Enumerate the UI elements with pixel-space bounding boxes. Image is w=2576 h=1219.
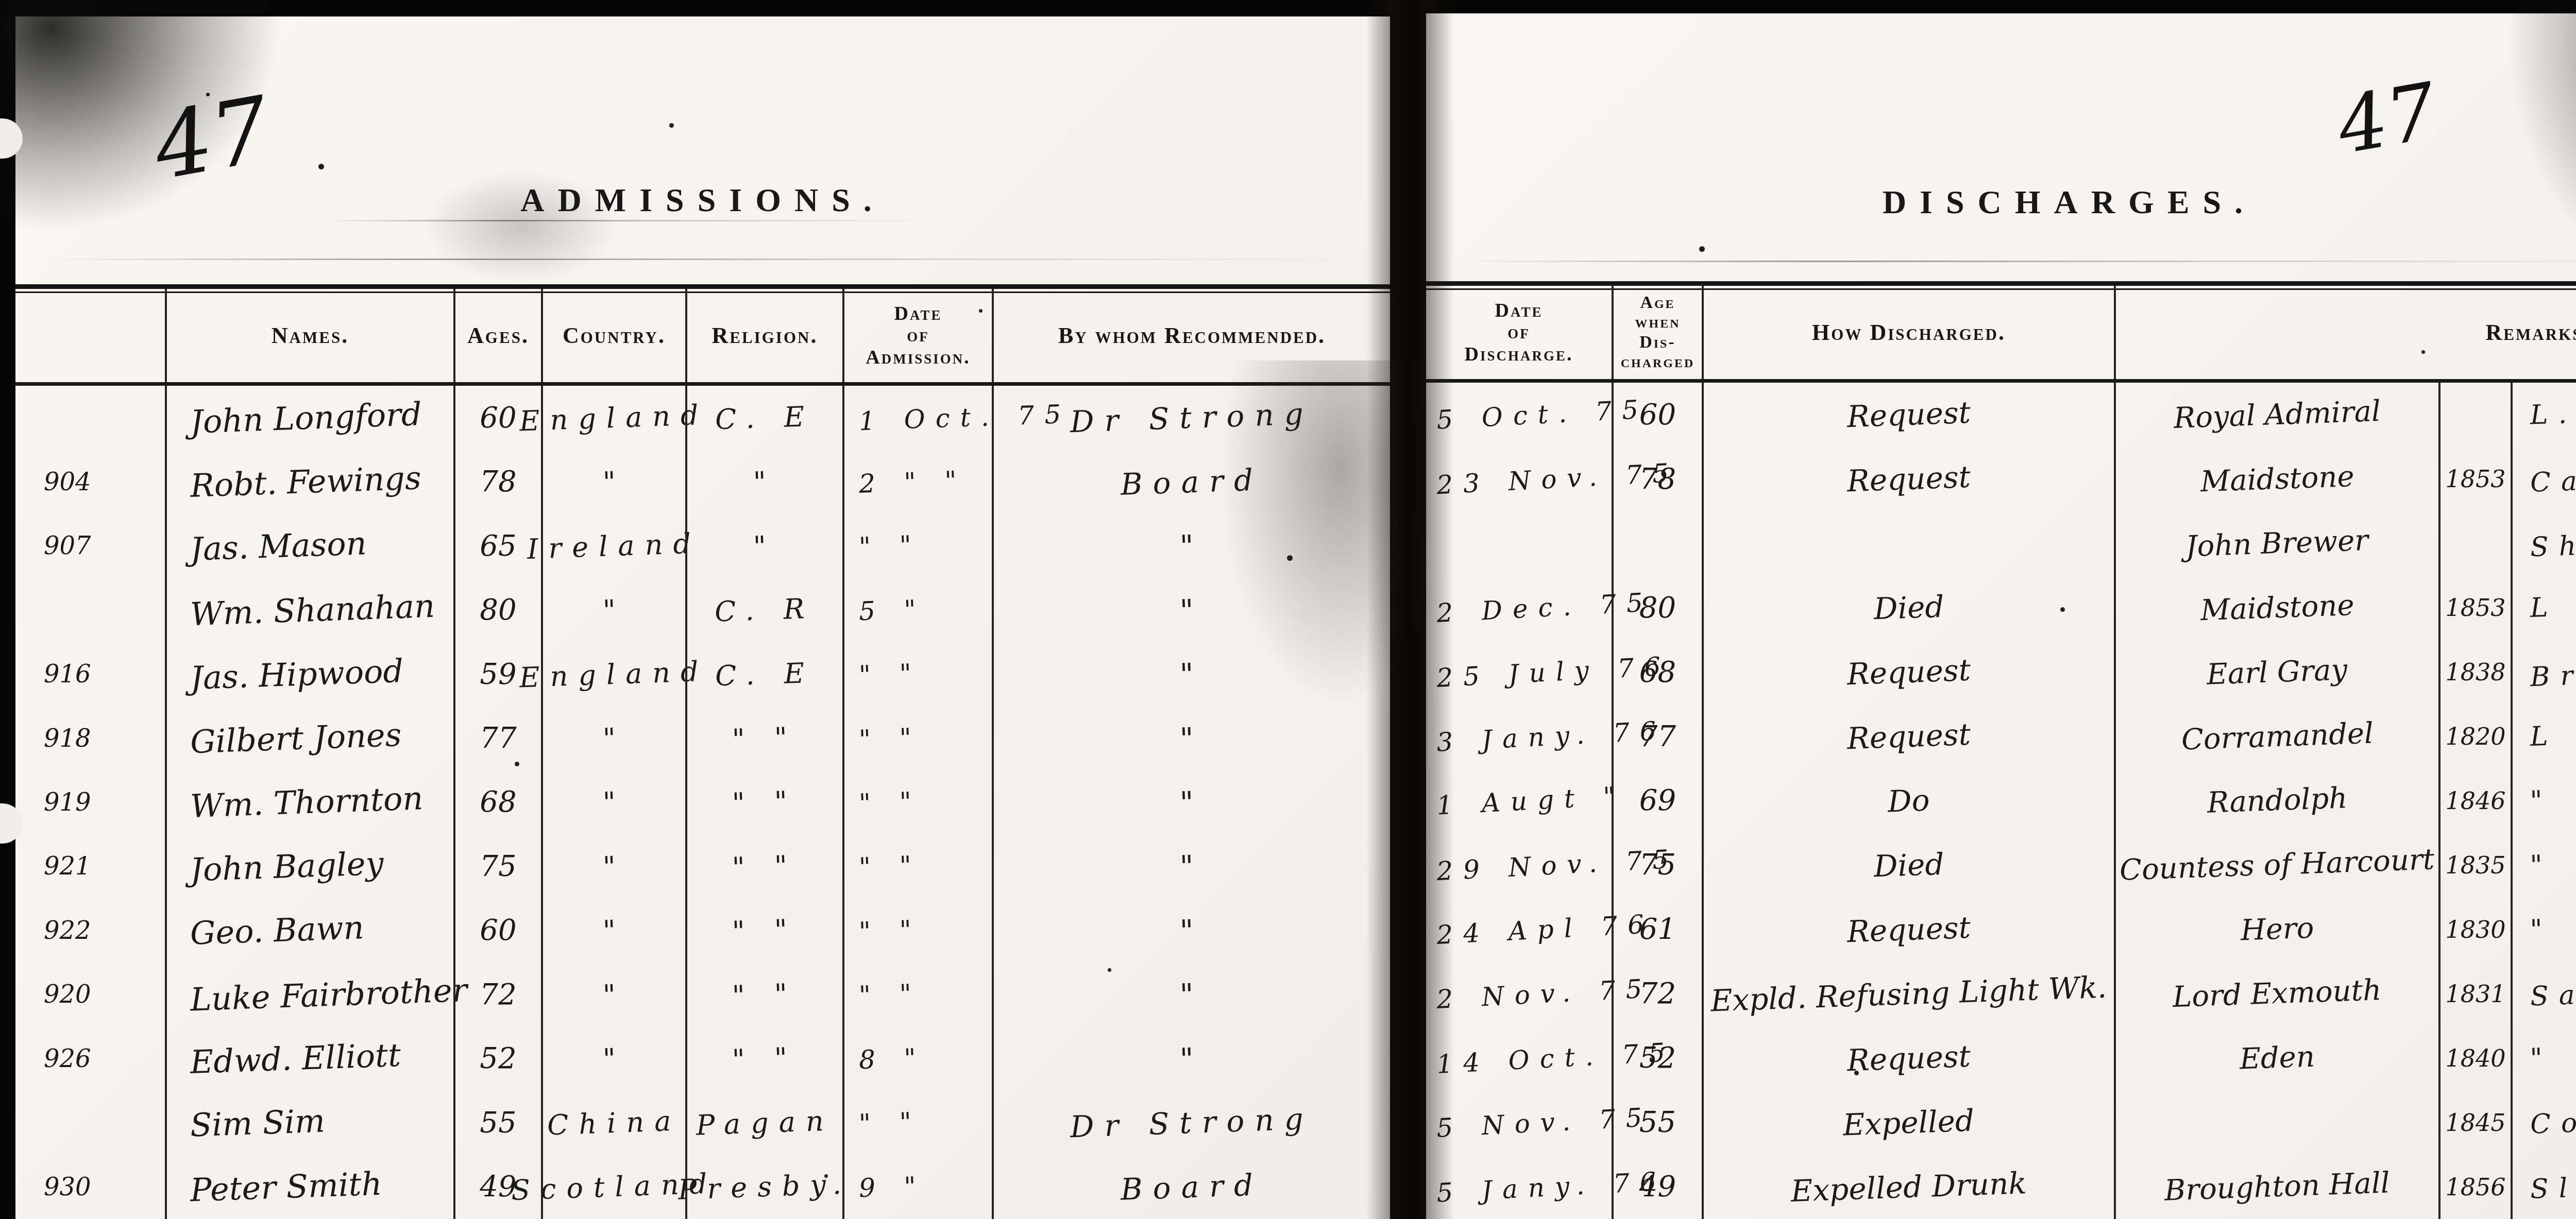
cell-by-whom-recommended: Dr Strong bbox=[992, 1091, 1390, 1155]
cell-religion: Presby. bbox=[685, 1155, 842, 1219]
cell-age: 52 bbox=[453, 1027, 541, 1091]
discharges-table-row: John Brewer Shoemaker bbox=[1426, 511, 2576, 576]
cell-name: Jas. Mason bbox=[165, 514, 453, 578]
admissions-title: ADMISSIONS. bbox=[15, 181, 1390, 219]
admissions-table-row: 922 Geo. Bawn 60 " " " " " " bbox=[15, 899, 1390, 963]
cell-country: " bbox=[541, 770, 685, 834]
column-header-remarks: Remarks. bbox=[2114, 286, 2576, 379]
cell-remarks-ship: Countess of Harcourt bbox=[2114, 833, 2438, 897]
cell-age-when-discharged: 49 bbox=[1612, 1155, 1702, 1219]
admissions-table-row: 921 John Bagley 75 " " " " " " bbox=[15, 834, 1390, 898]
cell-how-discharged: Died bbox=[1702, 833, 2114, 897]
cell-register-number: 907 bbox=[15, 514, 165, 578]
cell-how-discharged: Request bbox=[1702, 447, 2114, 511]
cell-register-number: 930 bbox=[15, 1155, 165, 1219]
book-gutter-shadow bbox=[1366, 0, 1454, 1219]
cell-remarks-occupation: " bbox=[2511, 897, 2576, 962]
cell-remarks-ship: Royal Admiral bbox=[2114, 383, 2438, 447]
cell-remarks-year: 1830 bbox=[2438, 897, 2511, 962]
discharges-table-row: 14 Oct. 75 52 Request Eden 1840 " bbox=[1426, 1026, 2576, 1090]
cell-remarks-year: 1820 bbox=[2438, 705, 2511, 769]
handwritten-page-number: 47 bbox=[147, 84, 276, 193]
admissions-table-row: 919 Wm. Thornton 68 " " " " " " bbox=[15, 770, 1390, 834]
cell-remarks-occupation: Cook bbox=[2511, 1090, 2576, 1155]
cell-how-discharged: Request bbox=[1702, 1026, 2114, 1090]
discharges-table-row: 24 Apl 76 61 Request Hero 1830 " bbox=[1426, 897, 2576, 962]
cell-age-when-discharged: 61 bbox=[1612, 897, 1702, 962]
cell-name: Geo. Bawn bbox=[165, 899, 453, 963]
cell-religion: " " bbox=[685, 1027, 842, 1091]
cell-how-discharged: Request bbox=[1702, 705, 2114, 769]
discharges-table-row: 3 Jany. 76 77 Request Corramandel 1820 L bbox=[1426, 705, 2576, 769]
cell-remarks-year: 1853 bbox=[2438, 576, 2511, 640]
cell-remarks-year: 1831 bbox=[2438, 962, 2511, 1026]
cell-date-of-discharge bbox=[1426, 511, 1612, 576]
cell-how-discharged: Request bbox=[1702, 383, 2114, 447]
cell-remarks-occupation: Brassfounder bbox=[2511, 640, 2576, 705]
cell-remarks-occupation: Sawyer bbox=[2511, 962, 2576, 1026]
cell-age-when-discharged: 69 bbox=[1612, 769, 1702, 833]
cell-remarks-ship bbox=[2114, 1090, 2438, 1155]
cell-remarks-year bbox=[2438, 511, 2511, 576]
cell-religion: " " bbox=[685, 706, 842, 770]
admissions-table-row: 907 Jas. Mason 65 Ireland " " " " bbox=[15, 514, 1390, 578]
cell-remarks-year: 1846 bbox=[2438, 769, 2511, 833]
cell-age-when-discharged: 52 bbox=[1612, 1026, 1702, 1090]
cell-by-whom-recommended: " bbox=[992, 514, 1390, 578]
cell-how-discharged: Do bbox=[1702, 769, 2114, 833]
cell-age-when-discharged: 78 bbox=[1612, 447, 1702, 511]
discharges-table-row: 1 Augt " 69 Do Randolph 1846 " bbox=[1426, 769, 2576, 833]
cell-date-of-admission: " " bbox=[842, 706, 992, 770]
cell-date-of-admission: " " bbox=[842, 1091, 992, 1155]
cell-how-discharged: Expelled bbox=[1702, 1090, 2114, 1155]
discharges-table-row: 5 Jany. 76 49 Expelled Drunk Broughton H… bbox=[1426, 1155, 2576, 1219]
cell-age: 75 bbox=[453, 834, 541, 898]
admissions-table-row: John Longford 60 England C. E 1 Oct. 75 … bbox=[15, 386, 1390, 450]
discharges-header-row: Date of Discharge. Age when Dis- charged… bbox=[1426, 286, 2576, 383]
admissions-table-row: 926 Edwd. Elliott 52 " " " 8 " " bbox=[15, 1027, 1390, 1091]
discharges-table-row: 2 Dec. 75 80 Died Maidstone 1853 L bbox=[1426, 576, 2576, 640]
cell-remarks-occupation: L. bbox=[2511, 383, 2576, 447]
column-header-date-of-admission: Date of Admission. bbox=[842, 289, 992, 382]
cell-religion: " bbox=[685, 514, 842, 578]
scratch-line bbox=[46, 259, 1359, 260]
cell-date-of-discharge: 23 Nov. 75 bbox=[1426, 447, 1612, 511]
cell-name: Edwd. Elliott bbox=[165, 1027, 453, 1091]
discharges-table-row: 25 July 76 68 Request Earl Gray 1838 Bra… bbox=[1426, 640, 2576, 705]
cell-remarks-year: 1838 bbox=[2438, 640, 2511, 705]
discharges-table-row: 29 Nov. 75 75 Died Countess of Harcourt … bbox=[1426, 833, 2576, 897]
admissions-table-row: 930 Peter Smith 49 Scotland Presby. 9 " … bbox=[15, 1155, 1390, 1219]
cell-age-when-discharged: 60 bbox=[1612, 383, 1702, 447]
cell-remarks-ship: Maidstone bbox=[2114, 576, 2438, 640]
cell-religion: " " bbox=[685, 899, 842, 963]
cell-remarks-occupation: L bbox=[2511, 576, 2576, 640]
cell-remarks-occupation: " bbox=[2511, 833, 2576, 897]
cell-remarks-year: 1835 bbox=[2438, 833, 2511, 897]
cell-date-of-discharge: 24 Apl 76 bbox=[1426, 897, 1612, 962]
admissions-table: Names. Ages. Country. Religion. Date of … bbox=[15, 284, 1390, 1219]
cell-age: 80 bbox=[453, 578, 541, 642]
column-header-by-whom-recommended: By whom Recommended. bbox=[992, 289, 1390, 382]
cell-how-discharged: Died bbox=[1702, 576, 2114, 640]
cell-age-when-discharged: 55 bbox=[1612, 1090, 1702, 1155]
cell-religion: " " bbox=[685, 963, 842, 1026]
cell-date-of-discharge: 5 Jany. 76 bbox=[1426, 1155, 1612, 1219]
cell-country: England bbox=[541, 642, 685, 706]
cell-register-number: 921 bbox=[15, 834, 165, 898]
cell-date-of-admission: " " bbox=[842, 642, 992, 706]
cell-remarks-ship: Lord Exmouth bbox=[2114, 962, 2438, 1026]
cell-by-whom-recommended: " bbox=[992, 642, 1390, 706]
cell-country: Scotland bbox=[541, 1155, 685, 1219]
cell-age: 60 bbox=[453, 899, 541, 963]
cell-age-when-discharged bbox=[1612, 511, 1702, 576]
cell-register-number: 919 bbox=[15, 770, 165, 834]
admissions-page: 47 ADMISSIONS. Names. Ages. Country. Rel… bbox=[15, 16, 1390, 1219]
cell-register-number: 918 bbox=[15, 706, 165, 770]
cell-remarks-ship: Randolph bbox=[2114, 769, 2438, 833]
cell-date-of-admission: " " bbox=[842, 899, 992, 963]
cell-remarks-ship: Earl Gray bbox=[2114, 640, 2438, 705]
cell-how-discharged: Request bbox=[1702, 897, 2114, 962]
discharges-table-row: 2 Nov. 75 72 Expld. Refusing Light Wk. L… bbox=[1426, 962, 2576, 1026]
cell-age: 77 bbox=[453, 706, 541, 770]
cell-age-when-discharged: 72 bbox=[1612, 962, 1702, 1026]
cell-country: Ireland bbox=[541, 514, 685, 578]
cell-date-of-discharge: 2 Nov. 75 bbox=[1426, 962, 1612, 1026]
cell-date-of-admission: 2 " " bbox=[842, 450, 992, 513]
cell-remarks-occupation: Shoemaker bbox=[2511, 511, 2576, 576]
cell-name: Gilbert Jones bbox=[165, 706, 453, 770]
cell-date-of-admission: " " bbox=[842, 770, 992, 834]
scratch-line bbox=[325, 220, 926, 221]
cell-remarks-year bbox=[2438, 383, 2511, 447]
cell-country: England bbox=[541, 386, 685, 450]
cell-how-discharged: Request bbox=[1702, 640, 2114, 705]
column-header-names: Names. bbox=[165, 289, 453, 382]
scratch-line bbox=[1457, 261, 2576, 262]
cell-country: " bbox=[541, 706, 685, 770]
admissions-table-row: 920 Luke Fairbrother 72 " " " " " " bbox=[15, 963, 1390, 1026]
cell-how-discharged bbox=[1702, 511, 2114, 576]
cell-register-number: 916 bbox=[15, 642, 165, 706]
cell-age: 68 bbox=[453, 770, 541, 834]
cell-how-discharged: Expld. Refusing Light Wk. bbox=[1702, 962, 2114, 1026]
cell-religion: C. R bbox=[685, 578, 842, 642]
discharges-table-row: 5 Oct. 75 60 Request Royal Admiral L. bbox=[1426, 383, 2576, 447]
cell-remarks-year: 1856 bbox=[2438, 1155, 2511, 1219]
handwritten-page-number: 47 bbox=[2332, 73, 2442, 166]
admissions-table-row: 916 Jas. Hipwood 59 England C. E " " " bbox=[15, 642, 1390, 706]
cell-age-when-discharged: 75 bbox=[1612, 833, 1702, 897]
cell-name: Wm. Thornton bbox=[165, 770, 453, 834]
cell-name: Robt. Fewings bbox=[165, 450, 453, 513]
cell-name: Wm. Shanahan bbox=[165, 578, 453, 642]
cell-religion: Pagan bbox=[685, 1091, 842, 1155]
cell-country: " bbox=[541, 834, 685, 898]
cell-age-when-discharged: 77 bbox=[1612, 705, 1702, 769]
cell-register-number bbox=[15, 386, 165, 450]
cell-by-whom-recommended: " bbox=[992, 1027, 1390, 1091]
cell-remarks-year: 1853 bbox=[2438, 447, 2511, 511]
cell-age-when-discharged: 80 bbox=[1612, 576, 1702, 640]
cell-date-of-discharge: 14 Oct. 75 bbox=[1426, 1026, 1612, 1090]
column-header-register-blank bbox=[15, 289, 165, 382]
cell-country: " bbox=[541, 899, 685, 963]
cell-remarks-occupation: Carpenter bbox=[2511, 447, 2576, 511]
discharges-table-row: 5 Nov. 75 55 Expelled 1845 Cook bbox=[1426, 1090, 2576, 1155]
cell-religion: " bbox=[685, 450, 842, 513]
cell-remarks-ship: John Brewer bbox=[2114, 511, 2438, 576]
cell-name: Jas. Hipwood bbox=[165, 642, 453, 706]
cell-remarks-year: 1840 bbox=[2438, 1026, 2511, 1090]
cell-date-of-discharge: 5 Oct. 75 bbox=[1426, 383, 1612, 447]
column-header-ages: Ages. bbox=[453, 289, 541, 382]
admissions-header-row: Names. Ages. Country. Religion. Date of … bbox=[15, 289, 1390, 386]
cell-name: Luke Fairbrother bbox=[165, 963, 453, 1026]
cell-date-of-admission: 9 " bbox=[842, 1155, 992, 1219]
admissions-table-row: Sim Sim 55 China Pagan " " Dr Strong bbox=[15, 1091, 1390, 1155]
cell-country: China bbox=[541, 1091, 685, 1155]
cell-date-of-admission: 8 " bbox=[842, 1027, 992, 1091]
cell-date-of-discharge: 5 Nov. 75 bbox=[1426, 1090, 1612, 1155]
cell-remarks-ship: Broughton Hall bbox=[2114, 1155, 2438, 1219]
cell-remarks-year: 1845 bbox=[2438, 1090, 2511, 1155]
cell-remarks-occupation: L bbox=[2511, 705, 2576, 769]
cell-by-whom-recommended: Board bbox=[992, 1155, 1390, 1219]
cell-age: 72 bbox=[453, 963, 541, 1026]
admissions-table-row: 904 Robt. Fewings 78 " " 2 " " Board bbox=[15, 450, 1390, 513]
discharges-table-row: 23 Nov. 75 78 Request Maidstone 1853 Car… bbox=[1426, 447, 2576, 511]
cell-by-whom-recommended: " bbox=[992, 706, 1390, 770]
cell-name: Peter Smith bbox=[165, 1155, 453, 1219]
cell-remarks-ship: Hero bbox=[2114, 897, 2438, 962]
cell-by-whom-recommended: " bbox=[992, 963, 1390, 1026]
cell-date-of-admission: 1 Oct. 75 bbox=[842, 386, 992, 450]
discharges-title: DISCHARGES. bbox=[1426, 183, 2576, 221]
cell-register-number bbox=[15, 1091, 165, 1155]
scan-specks bbox=[206, 93, 210, 96]
cell-remarks-ship: Maidstone bbox=[2114, 447, 2438, 511]
cell-register-number: 926 bbox=[15, 1027, 165, 1091]
column-header-religion: Religion. bbox=[685, 289, 842, 382]
cell-date-of-admission: " " bbox=[842, 963, 992, 1026]
cell-register-number: 904 bbox=[15, 450, 165, 513]
cell-remarks-occupation: Slater bbox=[2511, 1155, 2576, 1219]
cell-date-of-discharge: 29 Nov. 75 bbox=[1426, 833, 1612, 897]
cell-religion: " " bbox=[685, 770, 842, 834]
cell-country: " bbox=[541, 578, 685, 642]
cell-date-of-discharge: 1 Augt " bbox=[1426, 769, 1612, 833]
cell-country: " bbox=[541, 450, 685, 513]
cell-register-number bbox=[15, 578, 165, 642]
cell-date-of-discharge: 25 July 76 bbox=[1426, 640, 1612, 705]
column-header-date-of-discharge: Date of Discharge. bbox=[1426, 286, 1612, 379]
cell-name: John Bagley bbox=[165, 834, 453, 898]
cell-date-of-admission: " " bbox=[842, 514, 992, 578]
cell-date-of-admission: " " bbox=[842, 834, 992, 898]
cell-date-of-discharge: 3 Jany. 76 bbox=[1426, 705, 1612, 769]
cell-name: John Longford bbox=[165, 386, 453, 450]
cell-by-whom-recommended: " bbox=[992, 578, 1390, 642]
cell-religion: " " bbox=[685, 834, 842, 898]
cell-name: Sim Sim bbox=[165, 1091, 453, 1155]
cell-by-whom-recommended: " bbox=[992, 770, 1390, 834]
discharges-page: 47 Ap a 11—66 DISCHARGES. Date of Discha… bbox=[1426, 13, 2576, 1219]
cell-remarks-occupation: " bbox=[2511, 769, 2576, 833]
cell-remarks-ship: Eden bbox=[2114, 1026, 2438, 1090]
cell-by-whom-recommended: Dr Strong bbox=[992, 386, 1390, 450]
cell-by-whom-recommended: " bbox=[992, 899, 1390, 963]
admissions-table-row: 918 Gilbert Jones 77 " " " " " " bbox=[15, 706, 1390, 770]
cell-religion: C. E bbox=[685, 386, 842, 450]
cell-register-number: 922 bbox=[15, 899, 165, 963]
column-header-age-when-discharged: Age when Dis- charged bbox=[1612, 286, 1702, 379]
cell-how-discharged: Expelled Drunk bbox=[1702, 1155, 2114, 1219]
column-header-country: Country. bbox=[541, 289, 685, 382]
cell-religion: C. E bbox=[685, 642, 842, 706]
cell-register-number: 920 bbox=[15, 963, 165, 1026]
cell-by-whom-recommended: " bbox=[992, 834, 1390, 898]
discharges-table: Date of Discharge. Age when Dis- charged… bbox=[1426, 281, 2576, 1219]
column-header-how-discharged: How Discharged. bbox=[1702, 286, 2114, 379]
cell-country: " bbox=[541, 963, 685, 1026]
cell-age-when-discharged: 68 bbox=[1612, 640, 1702, 705]
cell-remarks-ship: Corramandel bbox=[2114, 705, 2438, 769]
cell-by-whom-recommended: Board bbox=[992, 450, 1390, 513]
cell-remarks-occupation: " bbox=[2511, 1026, 2576, 1090]
cell-date-of-admission: 5 " bbox=[842, 578, 992, 642]
cell-age: 55 bbox=[453, 1091, 541, 1155]
cell-date-of-discharge: 2 Dec. 75 bbox=[1426, 576, 1612, 640]
admissions-table-row: Wm. Shanahan 80 " C. R 5 " " bbox=[15, 578, 1390, 642]
cell-country: " bbox=[541, 1027, 685, 1091]
cell-age: 78 bbox=[453, 450, 541, 513]
